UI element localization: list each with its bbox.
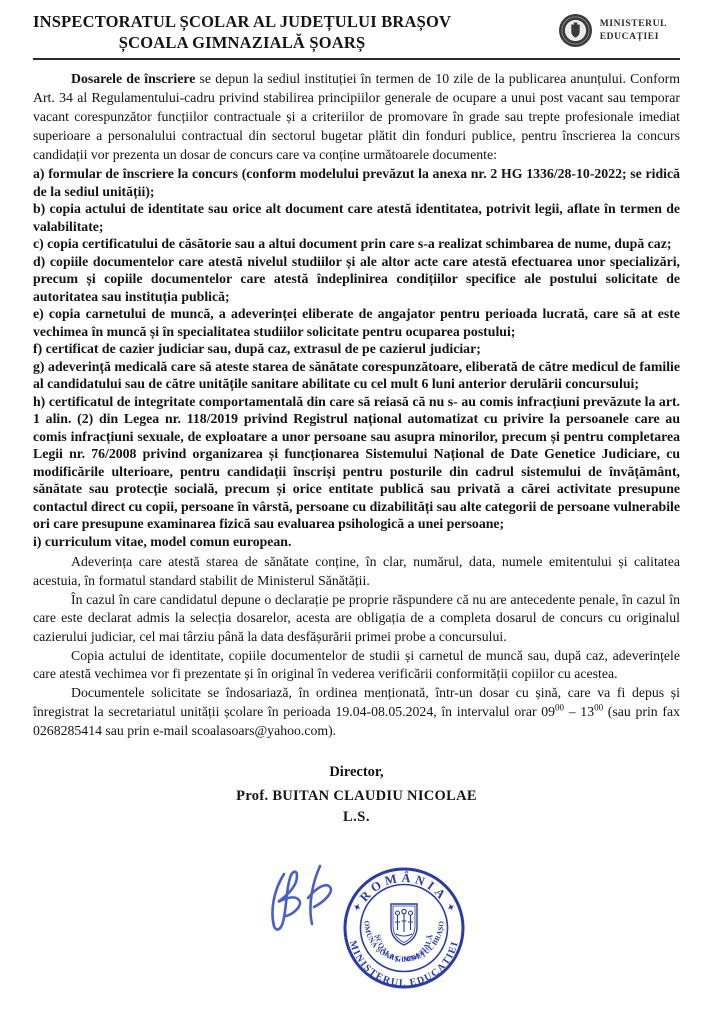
hour-superscript: 00 xyxy=(555,702,564,712)
signature-block: Director, Prof. BUITAN CLAUDIU NICOLAE L… xyxy=(33,764,680,826)
required-documents-list: a) formular de înscriere la concurs (con… xyxy=(33,165,680,550)
stamp-school-text: ȘCOALA GIMNAZIALĂ xyxy=(373,933,434,964)
depunere-interval: – 13 xyxy=(564,704,594,719)
paragraph-copii-originale: Copia actului de identitate, copiile doc… xyxy=(33,647,680,684)
paragraph-adeverinta: Adeverința care atestă starea de sănătat… xyxy=(33,553,680,590)
stamp-country-text: ROMÂNIA xyxy=(357,871,451,905)
list-item-b: b) copia actului de identitate sau orice… xyxy=(33,200,680,235)
signer-name: Prof. BUITAN CLAUDIU NICOLAE xyxy=(33,788,680,805)
stamp-coat-of-arms-icon xyxy=(391,904,417,945)
list-item-h: h) certificatul de integritate comportam… xyxy=(33,393,680,533)
ministry-logo-text: MINISTERUL EDUCAȚIEI xyxy=(600,18,667,43)
ministry-seal-icon xyxy=(558,13,593,48)
intro-lead: Dosarele de înscriere xyxy=(71,71,195,86)
locus-sigilli-label: L.S. xyxy=(33,809,680,826)
organization-line1: INSPECTORATUL ȘCOLAR AL JUDEȚULUI BRAȘOV xyxy=(33,12,451,33)
paragraph-cazier: În cazul în care candidatul depune o dec… xyxy=(33,591,680,647)
document-header: INSPECTORATUL ȘCOLAR AL JUDEȚULUI BRAȘOV… xyxy=(0,0,707,53)
document-page: INSPECTORATUL ȘCOLAR AL JUDEȚULUI BRAȘOV… xyxy=(0,0,707,1024)
round-stamp: ROMÂNIA MINISTERUL EDUCAȚIEI COMUNA ȘOAR… xyxy=(340,864,468,992)
ministry-logo-line2: EDUCAȚIEI xyxy=(600,31,667,43)
intro-paragraph: Dosarele de înscriere se depun la sediul… xyxy=(33,69,680,164)
stamp-star-left: ✦ xyxy=(351,901,363,912)
ministry-logo-line1: MINISTERUL xyxy=(600,18,667,30)
list-item-f: f) certificat de cazier judiciar sau, du… xyxy=(33,340,680,358)
stamp-star-right: ✦ xyxy=(444,902,456,913)
list-item-d: d) copiile documentelor care atestă nive… xyxy=(33,253,680,306)
organization-line2: ȘCOALA GIMNAZIALĂ ȘOARȘ xyxy=(33,33,451,54)
list-item-c: c) copia certificatului de căsătorie sau… xyxy=(33,235,680,253)
document-body: Dosarele de înscriere se depun la sediul… xyxy=(0,60,707,826)
signer-role: Director, xyxy=(33,764,680,781)
list-item-e: e) copia carnetului de muncă, a adeverin… xyxy=(33,305,680,340)
list-item-i: i) curriculum vitae, model comun europea… xyxy=(33,533,680,551)
hour-superscript: 00 xyxy=(594,702,603,712)
paragraph-depunere: Documentele solicitate se îndosariază, î… xyxy=(33,684,680,740)
list-item-a: a) formular de înscriere la concurs (con… xyxy=(33,165,680,200)
organization-title: INSPECTORATUL ȘCOLAR AL JUDEȚULUI BRAȘOV… xyxy=(33,12,451,53)
list-item-g: g) adeverință medicală care să ateste st… xyxy=(33,358,680,393)
closing-paragraphs: Adeverința care atestă starea de sănătat… xyxy=(33,553,680,740)
ministry-logo: MINISTERUL EDUCAȚIEI xyxy=(558,13,667,48)
